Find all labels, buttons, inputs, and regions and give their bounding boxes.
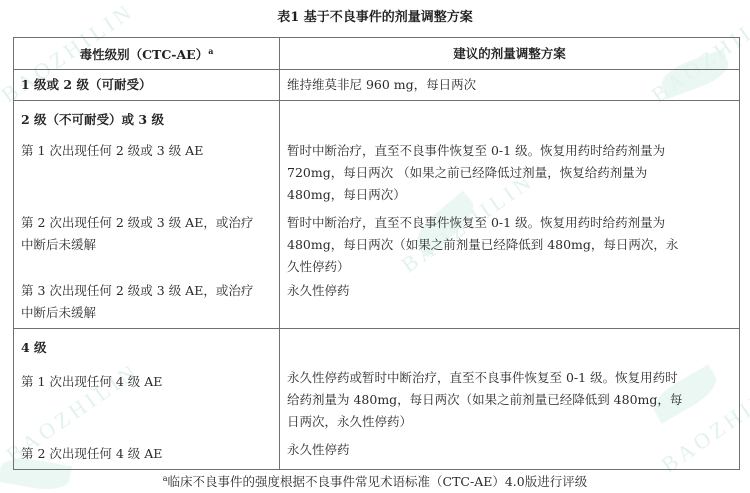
table-footnote: a临床不良事件的强度根据不良事件常见术语标准（CTC-AE）4.0版进行评级 (0, 472, 750, 490)
action-item: 永久性停药或暂时中断治疗，直至不良事件恢复至 0-1 级。恢复用药时 给药剂量为… (287, 367, 732, 439)
group-title-cell: 1 级或 2 级（可耐受） (14, 70, 280, 101)
table-row-group: 2 级（不可耐受）或 3 级 第 1 次出现任何 2 级或 3 级 AE 第 2… (14, 101, 740, 329)
action-cell: 永久性停药或暂时中断治疗，直至不良事件恢复至 0-1 级。恢复用药时 给药剂量为… (280, 329, 740, 470)
table-row: 1 级或 2 级（可耐受） 维持维莫非尼 960 mg，每日两次 (14, 70, 740, 101)
condition-cell: 4 级 第 1 次出现任何 4 级 AE 第 2 次出现任何 4 级 AE (14, 329, 280, 470)
action-item: 暂时中断治疗，直至不良事件恢复至 0-1 级。恢复用药时给药剂量为 480mg，… (287, 212, 732, 280)
group-title: 1 级或 2 级（可耐受） (14, 70, 279, 100)
table-title: 表1 基于不良事件的剂量调整方案 (0, 6, 750, 25)
condition-cell: 2 级（不可耐受）或 3 级 第 1 次出现任何 2 级或 3 级 AE 第 2… (14, 101, 280, 329)
condition-item: 第 1 次出现任何 2 级或 3 级 AE (21, 140, 272, 206)
action-item: 永久性停药 (287, 439, 732, 461)
footnote-marker: a (208, 46, 213, 56)
action-cell: 暂时中断治疗，直至不良事件恢复至 0-1 级。恢复用药时给药剂量为 720mg，… (280, 101, 740, 329)
dose-adjustment-table: 毒性级别（CTC-AE）a 建议的剂量调整方案 1 级或 2 级（可耐受） 维持… (13, 37, 740, 470)
condition-item: 第 2 次出现任何 4 级 AE (21, 443, 272, 465)
footnote-text: 临床不良事件的强度根据不良事件常见术语标准（CTC-AE）4.0版进行评级 (168, 474, 588, 489)
group-title: 2 级（不可耐受）或 3 级 (21, 105, 272, 131)
header-recommendation: 建议的剂量调整方案 (280, 38, 740, 70)
header-toxicity-label: 毒性级别（CTC-AE） (80, 48, 209, 63)
table-header-row: 毒性级别（CTC-AE）a 建议的剂量调整方案 (14, 38, 740, 70)
header-toxicity-grade: 毒性级别（CTC-AE）a (14, 38, 280, 70)
condition-item: 第 1 次出现任何 4 级 AE (21, 371, 272, 443)
group-title: 4 级 (21, 333, 272, 359)
condition-item: 第 2 次出现任何 2 级或 3 级 AE，或治疗 中断后未缓解 (21, 212, 272, 280)
action-item: 暂时中断治疗，直至不良事件恢复至 0-1 级。恢复用药时给药剂量为 720mg，… (287, 140, 732, 206)
action-cell: 维持维莫非尼 960 mg，每日两次 (280, 70, 740, 101)
condition-item: 第 3 次出现任何 2 级或 3 级 AE，或治疗 中断后未缓解 (21, 280, 272, 324)
action-item: 永久性停药 (287, 280, 732, 324)
table-row-group: 4 级 第 1 次出现任何 4 级 AE 第 2 次出现任何 4 级 AE 永久… (14, 329, 740, 470)
action-text: 维持维莫非尼 960 mg，每日两次 (280, 70, 739, 100)
